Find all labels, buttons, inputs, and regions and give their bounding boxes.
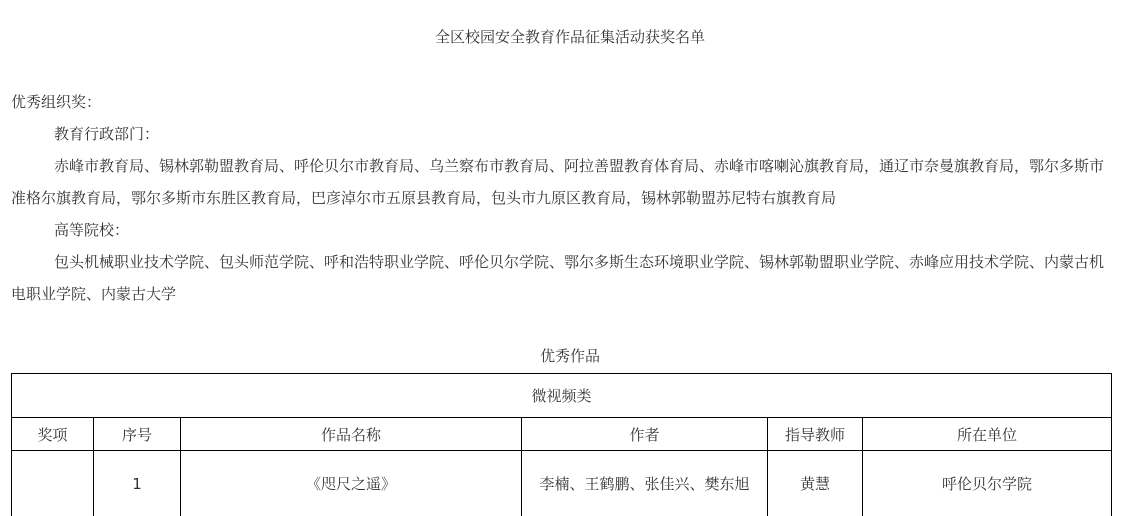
column-header-unit: 所在单位 — [863, 418, 1112, 451]
column-header-award: 奖项 — [12, 418, 94, 451]
cell-work-name: 《咫尺之遥》 — [181, 451, 522, 516]
category-row: 微视频类 — [12, 374, 1112, 418]
column-header-index: 序号 — [94, 418, 181, 451]
group-label-universities: 高等院校： — [11, 214, 1111, 246]
category-cell: 微视频类 — [12, 374, 1112, 418]
works-table: 微视频类 奖项 序号 作品名称 作者 指导教师 所在单位 1 《咫尺之遥》 李楠… — [11, 373, 1112, 516]
cell-authors: 李楠、王鹤鹏、张佳兴、樊东旭 — [522, 451, 768, 516]
column-header-work-name: 作品名称 — [181, 418, 522, 451]
table-header-row: 奖项 序号 作品名称 作者 指导教师 所在单位 — [12, 418, 1112, 451]
column-header-authors: 作者 — [522, 418, 768, 451]
table-row: 1 《咫尺之遥》 李楠、王鹤鹏、张佳兴、樊东旭 黄慧 呼伦贝尔学院 — [12, 451, 1112, 516]
cell-award — [12, 451, 94, 516]
group-label-admin: 教育行政部门： — [11, 118, 1111, 150]
document-title: 全区校园安全教育作品征集活动获奖名单 — [0, 26, 1140, 48]
cell-index: 1 — [94, 451, 181, 516]
group-list-admin: 赤峰市教育局、锡林郭勒盟教育局、呼伦贝尔市教育局、乌兰察布市教育局、阿拉善盟教育… — [11, 150, 1111, 214]
cell-advisor: 黄慧 — [768, 451, 863, 516]
cell-unit: 呼伦贝尔学院 — [863, 451, 1112, 516]
organization-award-heading: 优秀组织奖： — [11, 86, 1111, 118]
group-list-universities: 包头机械职业技术学院、包头师范学院、呼和浩特职业学院、呼伦贝尔学院、鄂尔多斯生态… — [11, 246, 1111, 310]
column-header-advisor: 指导教师 — [768, 418, 863, 451]
organization-award-groups: 教育行政部门： 赤峰市教育局、锡林郭勒盟教育局、呼伦贝尔市教育局、乌兰察布市教育… — [11, 118, 1111, 310]
works-section-title: 优秀作品 — [0, 345, 1140, 367]
